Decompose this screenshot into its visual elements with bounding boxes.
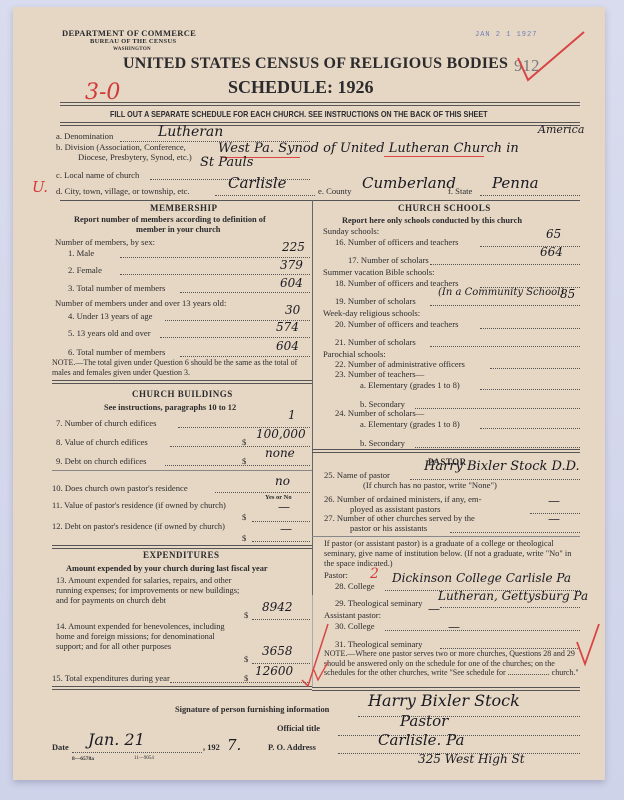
residence-value-label: 11. Value of pastor's residence (if owne…: [52, 501, 252, 511]
dotted-line: [415, 408, 580, 409]
red-annotation: 2: [370, 566, 379, 582]
total-members-label: 3. Total number of members: [68, 283, 165, 293]
weekday-teachers-label: 20. Number of officers and teachers: [335, 319, 458, 329]
year-value: 7.: [227, 736, 241, 754]
female-label: 2. Female: [68, 265, 102, 275]
over-13-value: 574: [276, 320, 299, 334]
age-label: Number of members under and over 13 year…: [55, 298, 226, 308]
expenditures-subtitle: Amount expended by your church during la…: [66, 564, 268, 573]
other-churches-value: —: [548, 512, 560, 526]
sunday-teachers-value: 65: [546, 227, 561, 241]
red-check-mark-icon: [312, 660, 332, 685]
membership-note: NOTE.—The total given under Question 6 s…: [52, 358, 310, 378]
over-13-label: 5. 13 years old and over: [68, 328, 151, 338]
dotted-line: [358, 716, 580, 717]
state-value: Penna: [492, 174, 539, 192]
print-number: 11—9054: [134, 756, 154, 761]
city-label: WASHINGTON: [113, 47, 151, 52]
division-value-continued: America: [538, 123, 584, 136]
summer-schools-label: Summer vacation Bible schools:: [323, 267, 434, 277]
state-label: f. State: [448, 186, 472, 196]
city-label: d. City, town, village, or township, etc…: [56, 186, 190, 196]
dotted-line: [180, 356, 310, 357]
dotted-line: [215, 492, 310, 493]
sunday-scholars-value: 664: [540, 245, 563, 259]
dotted-line: [450, 532, 580, 533]
edifices-debt-value: none: [265, 446, 295, 460]
total-by-age-value: 604: [276, 339, 299, 353]
benevolences-value: 3658: [262, 644, 293, 658]
denomination-label: a. Denomination: [56, 131, 113, 141]
sunday-teachers-label: 16. Number of officers and teachers: [335, 237, 458, 247]
assistant-seminary-label: 31. Theological seminary: [335, 639, 422, 649]
form-title: UNITED STATES CENSUS OF RELIGIOUS BODIES: [123, 55, 508, 73]
division-value: West Pa. Synod of United Lutheran Church…: [218, 141, 519, 156]
teachers-label: 23. Number of teachers—: [335, 369, 424, 379]
dotted-line: [160, 337, 310, 338]
residence-value-amount: —: [278, 500, 290, 514]
edifices-debt-label: 9. Debt on church edifices: [56, 456, 146, 466]
dotted-line: [215, 195, 315, 196]
dotted-line: [480, 328, 580, 329]
dotted-line: [490, 368, 580, 369]
edifices-value-amount: 100,000: [256, 427, 306, 441]
benevolences-label: 14. Amount expended for benevolences, in…: [56, 622, 241, 652]
other-churches-label-2: pastor or his assistants: [350, 523, 427, 533]
college-value: Dickinson College Carlisle Pa: [392, 571, 571, 585]
section-rule: [52, 545, 312, 549]
under-13-value: 30: [285, 303, 300, 317]
sunday-schools-label: Sunday schools:: [323, 226, 379, 236]
dotted-line: [480, 195, 580, 196]
assistant-college-label: 30. College: [335, 621, 375, 631]
dotted-line: [480, 246, 580, 247]
church-buildings-subtitle: See instructions, paragraphs 10 to 12: [104, 403, 236, 412]
dollar-sign: $: [244, 610, 248, 620]
weekday-scholars-label: 21. Number of scholars: [335, 337, 416, 347]
residence-debt-value: —: [280, 522, 292, 536]
other-churches-label: 27. Number of other churches served by t…: [324, 513, 475, 523]
total-members-value: 604: [280, 276, 303, 290]
owns-residence-value: no: [275, 474, 290, 488]
section-rule: [52, 380, 312, 384]
church-schools-subtitle: Report here only schools conducted by th…: [342, 216, 522, 225]
dotted-line: [430, 346, 580, 347]
department-label: DEPARTMENT OF COMMERCE: [62, 28, 196, 38]
summer-scholars-note: (In a Community School): [438, 287, 564, 298]
scholars-label: 24. Number of scholars—: [335, 408, 424, 418]
membership-title: MEMBERSHIP: [150, 203, 218, 213]
section-rule: [312, 449, 580, 453]
dotted-line: [440, 607, 580, 608]
section-rule: [52, 470, 312, 471]
graduate-note: If pastor (or assistant pastor) is a gra…: [324, 539, 580, 569]
dollar-sign: $: [242, 533, 246, 543]
red-underline: [384, 156, 484, 157]
year-prefix: , 192: [203, 743, 220, 752]
schedule-year-title: SCHEDULE: 1926: [228, 77, 374, 98]
running-expenses-value: 8942: [262, 600, 293, 614]
po-address-label: P. O. Address: [268, 743, 316, 752]
denomination-value: Lutheran: [158, 124, 223, 140]
local-name-value: St Pauls: [200, 155, 253, 170]
county-label: e. County: [318, 186, 351, 196]
edifices-count-value: 1: [288, 408, 296, 422]
total-expenditures-label: 15. Total expenditures during year: [52, 673, 170, 683]
male-label: 1. Male: [68, 248, 94, 258]
membership-subtitle-2: member in your church: [136, 225, 220, 234]
dollar-sign: $: [244, 654, 248, 664]
dotted-line: [120, 274, 310, 275]
dollar-sign: $: [242, 512, 246, 522]
church-buildings-title: CHURCH BUILDINGS: [132, 389, 233, 399]
fill-out-instruction: FILL OUT A SEPARATE SCHEDULE FOR EACH CH…: [110, 109, 488, 119]
section-rule: [52, 686, 312, 690]
assistant-pastor-label: Assistant pastor:: [324, 610, 381, 620]
division-label-2: Diocese, Presbytery, Synod, etc.): [78, 152, 192, 162]
signature-value: Harry Bixler Stock: [368, 691, 520, 710]
church-schools-title: CHURCH SCHOOLS: [398, 203, 491, 213]
running-expenses-label: 13. Amount expended for salaries, repair…: [56, 576, 241, 606]
dotted-line: [430, 305, 580, 306]
margin-mark: U.: [32, 178, 48, 196]
membership-subtitle: Report number of members according to de…: [74, 215, 266, 224]
seminary-value: Lutheran, Gettysburg Pa: [438, 589, 588, 603]
total-expenditures-value: 12600: [255, 664, 293, 678]
female-value: 379: [280, 258, 303, 272]
official-title-label: Official title: [277, 724, 320, 733]
teachers-elementary-label: a. Elementary (grades 1 to 8): [360, 380, 460, 390]
assistant-pastors-value: —: [548, 494, 560, 508]
college-label: 28. College: [335, 581, 375, 591]
pastor-note: NOTE.—Where one pastor serves two or mor…: [324, 649, 580, 678]
local-name-label: c. Local name of church: [56, 170, 139, 180]
division-label: b. Division (Association, Conference,: [56, 142, 186, 152]
assistant-pastors-label: 26. Number of ordained ministers, if any…: [324, 494, 481, 504]
dotted-line: [415, 447, 580, 448]
assistant-seminary-value: —: [448, 620, 460, 634]
dotted-line: [165, 465, 310, 466]
admin-officers-label: 22. Number of administrative officers: [335, 359, 465, 369]
dotted-line: [72, 752, 202, 753]
date-label: Date: [52, 743, 69, 752]
city-value: Carlisle: [228, 174, 287, 192]
weekday-schools-label: Week-day religious schools:: [323, 308, 420, 318]
dotted-line: [180, 292, 310, 293]
section-rule: [312, 536, 580, 537]
summer-scholars-label: 19. Number of scholars: [335, 296, 416, 306]
dotted-line: [252, 541, 310, 542]
dotted-line: [480, 428, 580, 429]
official-title-value: Pastor: [400, 712, 448, 730]
pastor-name-hint: (If church has no pastor, write "None"): [363, 480, 497, 490]
bureau-label: BUREAU OF THE CENSUS: [90, 38, 176, 45]
red-check-mark-icon: [510, 28, 590, 88]
total-by-age-label: 6. Total number of members: [68, 347, 165, 357]
po-address-value: Carlisle. Pa: [378, 731, 464, 749]
sunday-scholars-label: 17. Number of scholars: [348, 255, 429, 265]
edifices-value-label: 8. Value of church edifices: [56, 437, 148, 447]
pastor-name-value: Harry Bixler Stock D.D.: [424, 459, 580, 474]
summer-scholars-value: 85: [560, 287, 575, 301]
dotted-line: [170, 682, 310, 683]
dotted-line: [480, 389, 580, 390]
by-sex-label: Number of members, by sex:: [55, 237, 155, 247]
under-13-label: 4. Under 13 years of age: [68, 311, 152, 321]
section-rule: [60, 200, 580, 201]
signature-label: Signature of person furnishing informati…: [175, 705, 329, 714]
header-rule: [60, 122, 580, 126]
dotted-line: [430, 264, 580, 265]
edifices-count-label: 7. Number of church edifices: [56, 418, 156, 428]
owns-residence-label: 10. Does church own pastor's residence: [52, 483, 188, 493]
red-check-mark-icon: [575, 620, 605, 670]
pastor-name-label: 25. Name of pastor: [324, 470, 390, 480]
expenditures-title: EXPENDITURES: [143, 550, 220, 560]
scholars-elementary-label: a. Elementary (grades 1 to 8): [360, 419, 460, 429]
pastor-sub-label: Pastor:: [324, 570, 348, 580]
dotted-line: [385, 630, 580, 631]
residence-debt-label: 12. Debt on pastor's residence (if owned…: [52, 522, 252, 532]
form-number: 8—6578a: [72, 756, 94, 762]
scholars-secondary-label: b. Secondary: [360, 438, 405, 448]
male-value: 225: [282, 240, 305, 254]
county-value: Cumberland: [362, 174, 456, 192]
date-value: Jan. 21: [88, 730, 145, 749]
assistant-college-value: —: [428, 602, 440, 616]
header-rule: [60, 102, 580, 106]
seminary-label: 29. Theological seminary: [335, 598, 422, 608]
parochial-schools-label: Parochial schools:: [323, 349, 386, 359]
po-address-street: 325 West High St: [418, 752, 525, 766]
